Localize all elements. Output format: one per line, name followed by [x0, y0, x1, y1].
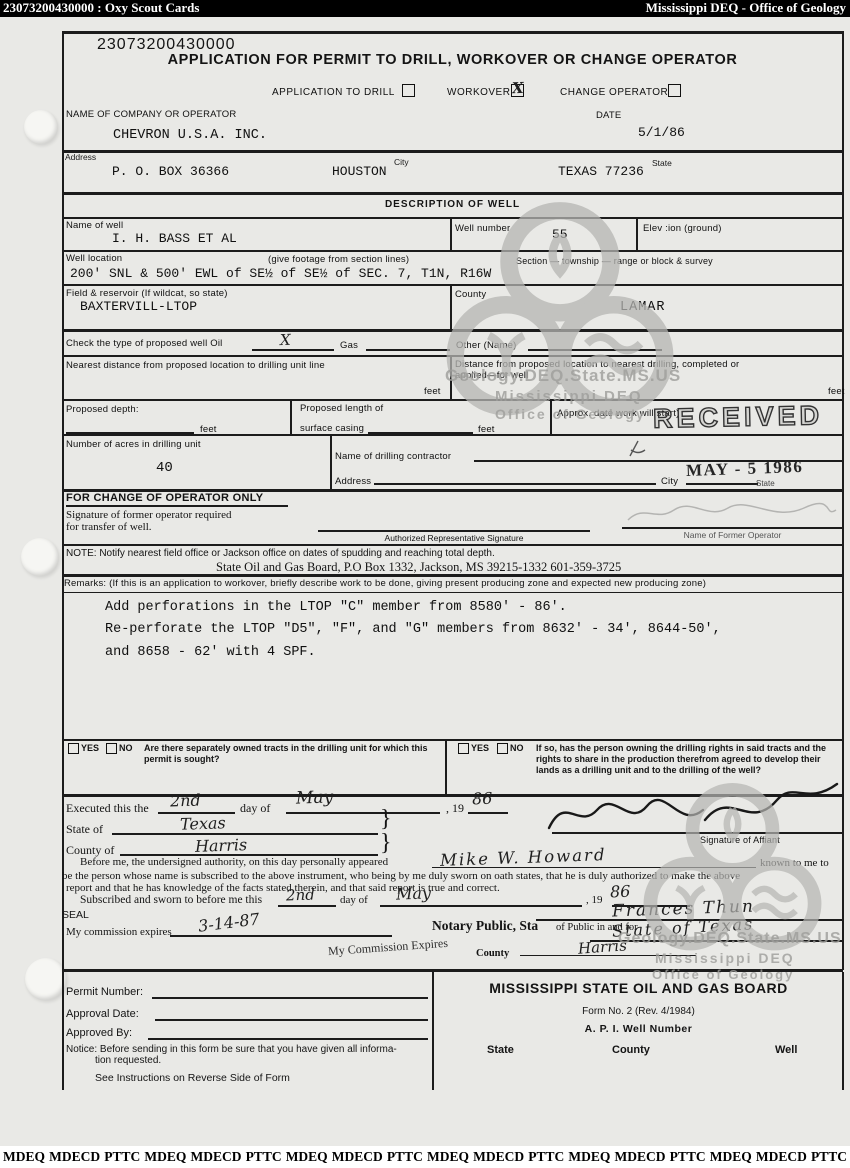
- day-of-label: day of: [340, 894, 368, 906]
- form-title: APPLICATION FOR PERMIT TO DRILL, WORKOVE…: [62, 52, 843, 68]
- api-county-label: County: [612, 1044, 650, 1056]
- acres-label: Number of acres in drilling unit: [66, 439, 201, 450]
- received-date-stamp: MAY - 5 1986: [686, 457, 804, 481]
- drilling-contractor-label: Name of drilling contractor: [335, 451, 451, 462]
- divider: [62, 739, 843, 741]
- footer-item: MDECD: [614, 1149, 665, 1165]
- address-value: P. O. BOX 36366: [112, 164, 229, 179]
- divider: [62, 544, 843, 546]
- watermark-url-text: Geology.DEQ.State.MS.US: [445, 366, 681, 386]
- checkbox-rights-no: [497, 743, 508, 754]
- brace: }: [380, 806, 392, 833]
- change-operator-title: FOR CHANGE OF OPERATOR ONLY: [66, 492, 263, 504]
- contractor-city-line: [686, 483, 758, 485]
- date-label: DATE: [596, 110, 621, 121]
- footer-item: PTTC: [104, 1149, 140, 1165]
- feet-unit: feet: [828, 386, 845, 397]
- divider: [445, 741, 447, 794]
- api-well-label: Well: [775, 1044, 797, 1056]
- commission-expires-label: My commission expires: [66, 926, 172, 938]
- no-label: NO: [119, 743, 133, 753]
- punch-hole: [24, 110, 58, 144]
- casing-length-label-2: surface casing: [300, 423, 364, 434]
- field-reservoir-label: Field & reservoir (If wildcat, so state): [66, 288, 228, 299]
- gas-label: Gas: [340, 340, 358, 351]
- state-label: State: [652, 158, 672, 168]
- watermark-url-text: Geology.DEQ.State.MS.US: [618, 930, 842, 948]
- label-application-to-drill: APPLICATION TO DRILL: [272, 87, 395, 98]
- well-name-label: Name of well: [66, 220, 123, 231]
- executed-day-handwriting: 2nd: [170, 790, 201, 810]
- remarks-text-line3: and 8658 - 62' with 4 SPF.: [105, 645, 316, 660]
- subscribed-month-handwriting: May: [396, 883, 432, 903]
- divider: [62, 574, 843, 577]
- footer-item: PTTC: [387, 1149, 423, 1165]
- company-label: NAME OF COMPANY OR OPERATOR: [66, 109, 236, 120]
- state-of-label: State of: [66, 822, 103, 837]
- approved-by-label: Approved By:: [66, 1027, 132, 1039]
- executed-month-line: [286, 812, 440, 814]
- contractor-address-line: [374, 483, 656, 485]
- nearest-distance-label: Nearest distance from proposed location …: [66, 360, 325, 371]
- county-of-handwriting: Harris: [195, 835, 248, 856]
- form-border-right: [842, 972, 844, 1090]
- form-border-left: [62, 972, 64, 1090]
- checkbox-change-operator: [668, 84, 681, 97]
- footer-item: MDEQ: [710, 1149, 752, 1165]
- footer-item: MDECD: [190, 1149, 241, 1165]
- footer-item: MDECD: [332, 1149, 383, 1165]
- remarks-text-line1: Add perforations in the LTOP "C" member …: [105, 600, 567, 615]
- approval-date-line: [155, 1019, 428, 1021]
- footer-item: MDEQ: [568, 1149, 610, 1165]
- watermark-geology-text: Office of Geology: [495, 406, 646, 422]
- oil-check-mark: X: [280, 331, 291, 349]
- footer-item: PTTC: [246, 1149, 282, 1165]
- before-me-line1: Before me, the undersigned authority, on…: [80, 856, 388, 868]
- footer-item: PTTC: [528, 1149, 564, 1165]
- company-value: CHEVRON U.S.A. INC.: [113, 128, 267, 143]
- punch-hole: [25, 958, 67, 1000]
- checkbox-application-to-drill: [402, 84, 415, 97]
- watermark-deq-text: Mississippi DEQ: [655, 950, 795, 966]
- date-value: 5/1/86: [638, 125, 685, 140]
- footer-item: MDECD: [756, 1149, 807, 1165]
- remarks-label: Remarks: (If this is an application to w…: [64, 578, 706, 589]
- form-border-top: [62, 31, 843, 34]
- authorized-signature-caption: Authorized Representative Signature: [318, 533, 590, 543]
- api-well-number-label: A. P. I. Well Number: [435, 1023, 842, 1035]
- punch-hole: [21, 538, 59, 576]
- executed-year-line: [468, 812, 508, 814]
- header-agency-title: Mississippi DEQ - Office of Geology: [646, 0, 846, 16]
- viewer-footer-bar: MDEQ MDECD PTTC MDEQ MDECD PTTC MDEQ MDE…: [0, 1146, 850, 1168]
- subscribed-month-line: [380, 905, 582, 907]
- executed-month-handwriting: May: [296, 787, 334, 808]
- checkbox-rights-yes: [458, 743, 469, 754]
- footer-item: MDEQ: [3, 1149, 45, 1165]
- watermark-geology-text: Office of Geology: [652, 967, 794, 982]
- yes-label: YES: [471, 743, 489, 753]
- before-me-line3: report and that he has knowledge of the …: [66, 882, 500, 894]
- former-operator-signature: [624, 500, 839, 526]
- notary-public-print: Notary Public, Sta: [432, 918, 538, 934]
- well-name-value: I. H. BASS ET AL: [112, 231, 237, 246]
- see-instructions: See Instructions on Reverse Side of Form: [95, 1072, 290, 1084]
- brace: }: [380, 830, 392, 857]
- board-title: MISSISSIPPI STATE OIL AND GAS BOARD: [435, 980, 842, 996]
- header-document-id: 23073200430000 : Oxy Scout Cards: [3, 0, 199, 16]
- label-workover: WORKOVER: [447, 87, 510, 98]
- state-of-handwriting: Texas: [180, 813, 226, 834]
- former-operator-note-line2: for transfer of well.: [66, 521, 152, 533]
- divider: [290, 399, 292, 435]
- executed-prefix: Executed this the: [66, 801, 149, 816]
- approved-by-line: [148, 1038, 428, 1040]
- former-operator-line: [622, 527, 843, 529]
- well-location-label: Well location: [66, 253, 122, 264]
- contractor-city-label: City: [661, 476, 678, 487]
- notice-line1: Notice: Before sending in this form be s…: [66, 1044, 397, 1055]
- api-state-label: State: [487, 1044, 514, 1056]
- former-operator-caption: Name of Former Operator: [622, 530, 843, 540]
- footer-item: MDECD: [473, 1149, 524, 1165]
- watermark-deq-text: Mississippi DEQ: [495, 388, 643, 405]
- form-no: Form No. 2 (Rev. 4/1984): [435, 1006, 842, 1017]
- footer-item: PTTC: [811, 1149, 847, 1165]
- footer-item: MDEQ: [286, 1149, 328, 1165]
- label-change-operator: CHANGE OPERATOR: [560, 87, 668, 98]
- tracts-question-left: Are there separately owned tracts in the…: [144, 743, 442, 765]
- checkbox-tracts-yes: [68, 743, 79, 754]
- former-operator-note-line1: Signature of former operator required: [66, 509, 232, 521]
- permit-number-label: Permit Number:: [66, 986, 143, 998]
- viewer-header-bar: 23073200430000 : Oxy Scout Cards Mississ…: [0, 0, 850, 17]
- workover-check-mark: X: [512, 79, 524, 97]
- subscribed-day-handwriting: 2nd: [286, 886, 315, 905]
- day-of-label: day of: [240, 801, 270, 816]
- city-label: City: [394, 157, 409, 167]
- commission-expires-stamp: My Commission Expires: [328, 936, 449, 959]
- approval-date-label: Approval Date:: [66, 1008, 139, 1020]
- address-city-value: HOUSTON: [332, 164, 387, 179]
- county-stamp-label: County: [476, 948, 509, 959]
- note-line2: State Oil and Gas Board, P.O Box 1332, J…: [216, 560, 621, 575]
- footage-hint: (give footage from section lines): [268, 254, 409, 265]
- yes-label: YES: [81, 743, 99, 753]
- form-border-left: [62, 31, 64, 970]
- commission-expires-line: [170, 935, 392, 937]
- note-line1: NOTE: Notify nearest field office or Jac…: [66, 548, 495, 559]
- subscribed-day-line: [278, 905, 336, 907]
- divider: [330, 435, 332, 489]
- contractor-state-label: State: [756, 479, 775, 488]
- seal-label: SEAL: [62, 909, 89, 921]
- oil-answer-line: [252, 349, 334, 351]
- checkbox-tracts-no: [106, 743, 117, 754]
- address-label: Address: [65, 152, 96, 162]
- divider: [62, 150, 843, 153]
- field-reservoir-value: BAXTERVILL-LTOP: [80, 299, 197, 314]
- footer-item: MDEQ: [427, 1149, 469, 1165]
- divider: [62, 592, 843, 593]
- year-prefix: , 19: [446, 801, 464, 816]
- executed-year-handwriting: 86: [472, 789, 493, 809]
- acres-value: 40: [156, 460, 173, 476]
- footer-item: MDEQ: [144, 1149, 186, 1165]
- title-underline: [66, 505, 288, 507]
- notice-line2: tion requested.: [95, 1055, 161, 1066]
- footer-item: PTTC: [670, 1149, 706, 1165]
- footer-item: MDECD: [49, 1149, 100, 1165]
- well-type-label: Check the type of proposed well Oil: [66, 338, 222, 349]
- address-state-value: TEXAS 77236: [558, 164, 644, 179]
- no-label: NO: [510, 743, 524, 753]
- permit-number-line: [152, 997, 428, 999]
- divider: [432, 972, 434, 1090]
- commission-expires-handwriting: 3-14-87: [197, 909, 261, 935]
- contractor-address-label: Address: [335, 476, 371, 487]
- proposed-depth-label: Proposed depth:: [66, 404, 139, 415]
- authorized-signature-line: [318, 530, 590, 532]
- scanned-permit-page: 23073200430000 : Oxy Scout Cards Mississ…: [0, 0, 850, 1168]
- casing-length-label-1: Proposed length of: [300, 403, 383, 414]
- remarks-text-line2: Re-perforate the LTOP "D5", "F", and "G"…: [105, 622, 721, 637]
- subscribed-prefix: Subscribed and sworn to before me this: [80, 894, 262, 906]
